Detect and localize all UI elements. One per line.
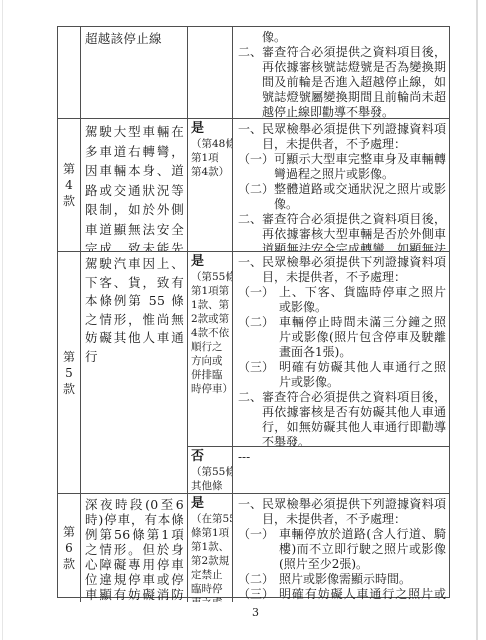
evidence-paragraph: （一）車輛停放於道路(含人行道、騎樓)而不立即行駛之照片或影像(照片至少2張)。 <box>238 527 446 572</box>
verdict-text: 是 <box>191 254 232 270</box>
verdict-text: 是 <box>191 496 232 512</box>
clause-label: 第4款 <box>62 161 76 209</box>
evidence-paragraph: （三）明確有妨礙其他人車通行之照片或影像。 <box>238 360 446 390</box>
paragraph-text: 明確有妨礙其他人車通行之照片或影像。 <box>279 360 446 390</box>
statute-note: （第55條 第1項第 1款、第 2款或第 4款不依 順行之 方向或 併排臨 時停… <box>191 270 232 396</box>
reportable-cell: 是 （第48條 第1項 第4款） <box>188 119 233 251</box>
verdict-text: 否 <box>191 449 232 465</box>
page-edge-right <box>476 0 478 640</box>
clause-cell: 第4款 <box>58 119 81 251</box>
evidence-paragraph: （二）整體道路或交通狀況之照片或影像。 <box>238 182 446 212</box>
list-marker: 一、 <box>238 122 262 152</box>
paragraph-text: 民眾檢舉必須提供下列證據資料項目，未提供者，不予處理： <box>262 255 446 285</box>
paragraph-text: 審查符合必須提供之資料項目後，再依據審核是否有妨礙其他人車通行，如無妨礙其他人車… <box>262 390 446 446</box>
page-edge-left <box>2 0 3 640</box>
paragraph-text: 整體道路或交通狀況之照片或影像。 <box>274 182 446 212</box>
statute-note: （第55條 其他條 款） <box>191 465 232 493</box>
paragraph-text: 可顯示大型車完整車身及車輛轉彎過程之照片或影像。 <box>274 152 446 182</box>
clause-label: 第6款 <box>62 524 76 572</box>
list-marker: （二） <box>238 315 274 360</box>
list-marker: （一） <box>238 527 274 572</box>
evidence-paragraph: 二、審查符合必須提供之資料項目後，再依據審核號誌燈號是否為變換期間及前輪是否進入… <box>238 45 446 118</box>
table-row-clause-5: 第5款 駕駛汽車因上、下客、貨，致有本條例第 55 條之情形，惟尚無妨礙其他人車… <box>58 252 449 494</box>
statute-note: （第48條 第1項 第4款） <box>191 137 232 179</box>
clause-cell: 第6款 <box>58 494 81 602</box>
page-number: 3 <box>252 606 259 619</box>
evidence-cell: 一、民眾檢舉必須提供下列證據資料項目，未提供者，不予處理： （一）上、下客、貨臨… <box>233 252 449 446</box>
list-marker: （一） <box>238 285 274 315</box>
behavior-cell: 超越該停止線 <box>81 27 188 118</box>
list-marker: （二） <box>238 182 274 212</box>
behavior-text: 駕駛大型車輛在多車道右轉彎，因車輛本身、道路或交通狀況等限制，如於外側車道顯無法… <box>85 122 184 251</box>
list-marker: （二） <box>238 572 274 587</box>
reportable-cell <box>188 27 233 118</box>
document-page: 超越該停止線 像。 二、審查符合必須提供之資料項目後，再依據審核號誌燈號是否為變… <box>0 0 486 640</box>
paragraph-text: 審查符合必須提供之資料項目後，再依據審核號誌燈號是否為變換期間及前輪是否進入超越… <box>262 45 446 118</box>
reportable-cell: 否 （第55條 其他條 款） <box>188 447 233 493</box>
paragraph-text: 民眾檢舉必須提供下列證據資料項目，未提供者，不予處理： <box>262 122 446 152</box>
evidence-paragraph: 一、民眾檢舉必須提供下列證據資料項目，未提供者，不予處理： <box>238 497 446 527</box>
table-row-continuation: 超越該停止線 像。 二、審查符合必須提供之資料項目後，再依據審核號誌燈號是否為變… <box>58 27 449 119</box>
list-marker: 二、 <box>238 212 262 251</box>
table-row-clause-4: 第4款 駕駛大型車輛在多車道右轉彎，因車輛本身、道路或交通狀況等限制，如於外側車… <box>58 119 449 252</box>
list-marker: （三） <box>238 360 274 390</box>
evidence-paragraph: （二）車輛停止時間未滿三分鐘之照片或影像(照片包含停車及駛離畫面各1張)。 <box>238 315 446 360</box>
evidence-paragraph: （一）上、下客、貨臨時停車之照片或影像。 <box>238 285 446 315</box>
clause-cell: 第5款 <box>58 252 81 493</box>
paragraph-text: 審查符合必須提供之資料項目後，再依據審核大型車輛是否於外側車道顯無法安全完成轉彎… <box>262 212 446 251</box>
table-row-clause-6: 第6款 深夜時段(0至6時)停車，有本條例第56條第1項之情形。但於身心障礙專用… <box>58 494 449 602</box>
evidence-paragraph: （二）照片或影像需顯示時間。 <box>238 572 446 587</box>
paragraph-text: 車輛停止時間未滿三分鐘之照片或影像(照片包含停車及駛離畫面各1張)。 <box>279 315 446 360</box>
behavior-text: 超越該停止線 <box>85 30 184 48</box>
dash-placeholder: --- <box>238 450 250 464</box>
evidence-paragraph: 一、民眾檢舉必須提供下列證據資料項目，未提供者，不予處理： <box>238 122 446 152</box>
evidence-cell: 像。 二、審查符合必須提供之資料項目後，再依據審核號誌燈號是否為變換期間及前輪是… <box>233 27 449 118</box>
behavior-text: 駕駛汽車因上、下客、貨，致有本條例第 55 條之情形，惟尚無妨礙其他人車通行 <box>85 255 184 366</box>
sub-row-yes: 是 （第55條 第1項第 1款、第 2款或第 4款不依 順行之 方向或 併排臨 … <box>188 252 449 447</box>
list-marker: 一、 <box>238 255 262 285</box>
evidence-paragraph: 二、審查符合必須提供之資料項目後，再依據審核是否有妨礙其他人車通行，如無妨礙其他… <box>238 390 446 446</box>
evidence-cell: 一、民眾檢舉必須提供下列證據資料項目，未提供者，不予處理： （一）可顯示大型車完… <box>233 119 449 251</box>
paragraph-text: 上、下客、貨臨時停車之照片或影像。 <box>279 285 446 315</box>
behavior-cell: 駕駛汽車因上、下客、貨，致有本條例第 55 條之情形，惟尚無妨礙其他人車通行 <box>81 252 188 493</box>
behavior-cell: 駕駛大型車輛在多車道右轉彎，因車輛本身、道路或交通狀況等限制，如於外側車道顯無法… <box>81 119 188 251</box>
list-marker: 二、 <box>238 390 262 446</box>
evidence-cell: 一、民眾檢舉必須提供下列證據資料項目，未提供者，不予處理： （一）車輛停放於道路… <box>233 494 449 602</box>
evidence-cell: --- <box>233 447 449 493</box>
behavior-text: 深夜時段(0至6時)停車，有本條例第56條第1項之情形。但於身心障礙專用停車位違… <box>85 497 184 602</box>
clause-label: 第5款 <box>62 349 76 397</box>
regulation-table: 超越該停止線 像。 二、審查符合必須提供之資料項目後，再依據審核號誌燈號是否為變… <box>57 26 450 598</box>
evidence-paragraph: 一、民眾檢舉必須提供下列證據資料項目，未提供者，不予處理： <box>238 255 446 285</box>
list-marker: （三） <box>238 587 274 602</box>
clause-cell <box>58 27 81 118</box>
reportable-cell: 是 （在第55 條第1項 第1款、 第2款規 定禁止 臨時停 車之處 <box>188 494 233 602</box>
evidence-paragraph: 二、審查符合必須提供之資料項目後，再依據審核大型車輛是否於外側車道顯無法安全完成… <box>238 212 446 251</box>
paragraph-text: 明確有妨礙人車通行之照片或影 <box>279 587 446 602</box>
verdict-text: 是 <box>191 121 232 137</box>
sub-row-stack: 是 （第55條 第1項第 1款、第 2款或第 4款不依 順行之 方向或 併排臨 … <box>188 252 449 493</box>
list-marker: 二、 <box>238 45 262 118</box>
paragraph-text: 民眾檢舉必須提供下列證據資料項目，未提供者，不予處理： <box>262 497 446 527</box>
paragraph-text: 照片或影像需顯示時間。 <box>279 572 446 587</box>
list-marker: （一） <box>238 152 274 182</box>
sub-row-no: 否 （第55條 其他條 款） --- <box>188 447 449 493</box>
reportable-cell: 是 （第55條 第1項第 1款、第 2款或第 4款不依 順行之 方向或 併排臨 … <box>188 252 233 446</box>
list-marker: 一、 <box>238 497 262 527</box>
paragraph-text: 車輛停放於道路(含人行道、騎樓)而不立即行駛之照片或影像(照片至少2張)。 <box>279 527 446 572</box>
evidence-paragraph: 像。 <box>238 30 446 45</box>
evidence-paragraph: （一）可顯示大型車完整車身及車輛轉彎過程之照片或影像。 <box>238 152 446 182</box>
behavior-cell: 深夜時段(0至6時)停車，有本條例第56條第1項之情形。但於身心障礙專用停車位違… <box>81 494 188 602</box>
evidence-paragraph: （三）明確有妨礙人車通行之照片或影 <box>238 587 446 602</box>
statute-note: （在第55 條第1項 第1款、 第2款規 定禁止 臨時停 車之處 <box>191 512 232 602</box>
paragraph-text: 像。 <box>262 30 446 45</box>
